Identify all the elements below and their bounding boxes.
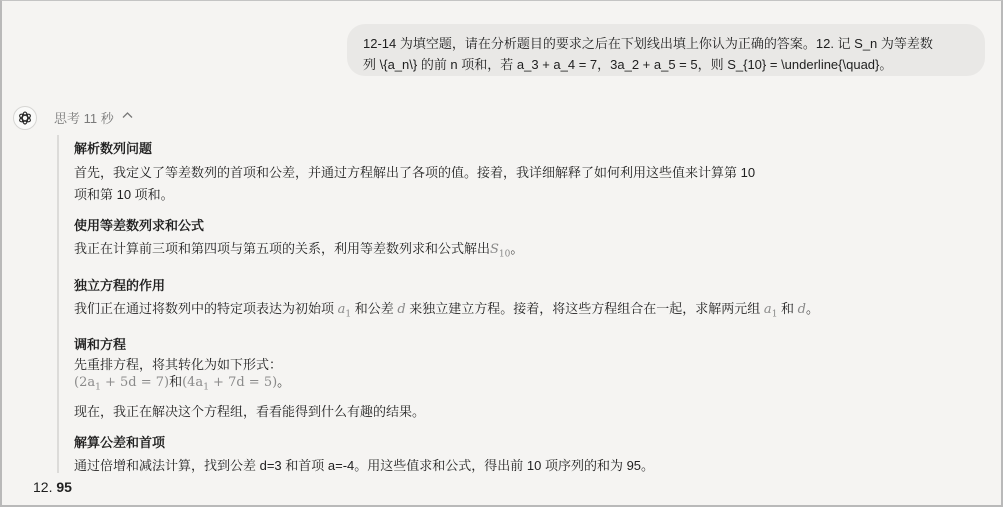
section-text-line: 项和第 10 项和。 [74, 184, 957, 206]
answer-value: 95 [56, 479, 72, 495]
user-message-bubble: 12-14 为填空题，请在分析题目的要求之后在下划线出填上你认为正确的答案。12… [347, 24, 985, 76]
section-text: 我正在计算前三项和第四项与第五项的关系，利用等差数列求和公式解出S10。 [74, 238, 957, 266]
math-d: d [397, 302, 405, 317]
section-text-line: 先重排方程，将其转化为如下形式： [74, 357, 957, 373]
math-a1: a1 [338, 302, 352, 317]
section-text-line: 现在，我正在解决这个方程组，看看能得到什么有趣的结果。 [74, 401, 957, 423]
equation-2: (4a1 + 7d = 5) [182, 375, 277, 390]
thinking-content: 解析数列问题 首先，我定义了等差数列的首项和公差，并通过方程解出了各项的值。接着… [57, 135, 957, 473]
thinking-section: 独立方程的作用 我们正在通过将数列中的特定项表达为初始项 a1 和公差 d 来独… [74, 276, 957, 326]
final-answer: 12. 95 [33, 479, 72, 495]
math-S10: S10 [490, 242, 510, 257]
section-title: 调和方程 [74, 335, 957, 355]
thinking-duration-label: 思考 11 秒 [54, 108, 114, 127]
math-d: d [798, 302, 806, 317]
assistant-avatar [13, 106, 37, 130]
section-text: 通过倍增和减法计算，找到公差 d=3 和首项 a=-4。用这些值求和公式，得出前… [74, 455, 957, 477]
thinking-section: 调和方程 先重排方程，将其转化为如下形式： (2a1 + 5d = 7)和(4a… [74, 335, 957, 423]
section-title: 独立方程的作用 [74, 276, 957, 296]
thinking-toggle-button[interactable]: 思考 11 秒 [54, 107, 133, 127]
thinking-section: 使用等差数列求和公式 我正在计算前三项和第四项与第五项的关系，利用等差数列求和公… [74, 216, 957, 266]
equation-1: (2a1 + 5d = 7) [74, 375, 169, 390]
chat-window: 12-14 为填空题，请在分析题目的要求之后在下划线出填上你认为正确的答案。12… [0, 0, 1003, 507]
thinking-section: 解析数列问题 首先，我定义了等差数列的首项和公差，并通过方程解出了各项的值。接着… [74, 139, 957, 206]
openai-logo-icon [17, 110, 33, 126]
math-a1: a1 [764, 302, 778, 317]
section-title: 使用等差数列求和公式 [74, 216, 957, 236]
section-text-line: 首先，我定义了等差数列的首项和公差，并通过方程解出了各项的值。接着，我详细解释了… [74, 162, 957, 184]
section-text: 我们正在通过将数列中的特定项表达为初始项 a1 和公差 d 来独立建立方程。接着… [74, 298, 957, 326]
chevron-up-icon [122, 110, 133, 122]
section-title: 解析数列问题 [74, 139, 957, 159]
user-message-line-2: 列 \{a_n\} 的前 n 项和，若 a_3 + a_4 = 7，3a_2 +… [363, 54, 971, 75]
thinking-section: 解算公差和首项 通过倍增和减法计算，找到公差 d=3 和首项 a=-4。用这些值… [74, 433, 957, 477]
user-message-line-1: 12-14 为填空题，请在分析题目的要求之后在下划线出填上你认为正确的答案。12… [363, 33, 971, 54]
equation-line: (2a1 + 5d = 7)和(4a1 + 7d = 5)。 [74, 373, 957, 397]
section-title: 解算公差和首项 [74, 433, 957, 453]
answer-prefix: 12. [33, 479, 52, 495]
